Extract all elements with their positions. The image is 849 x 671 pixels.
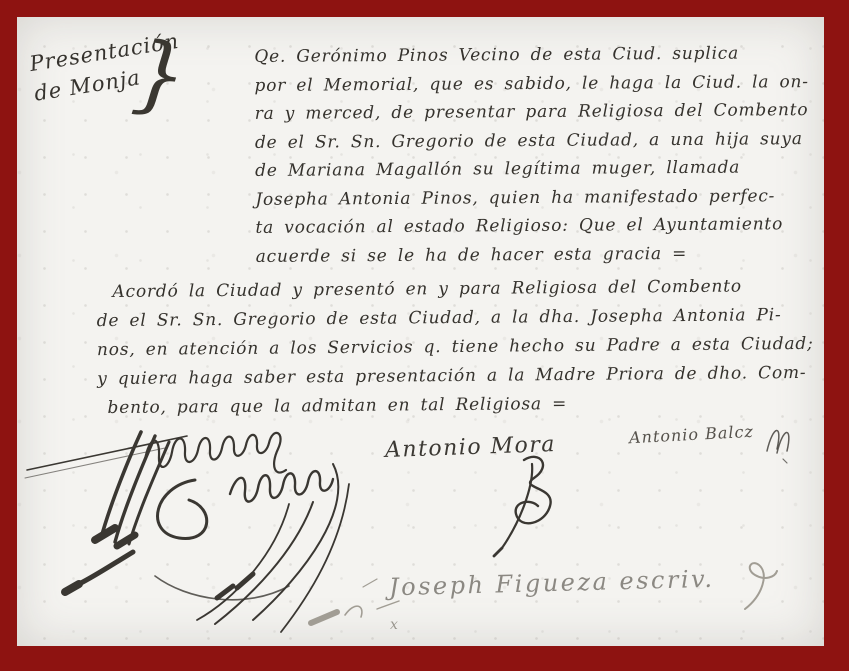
manuscript-line: ra y merced, de presentar para Religiosa… (255, 96, 809, 128)
manuscript-line: Qe. Gerónimo Pinos Vecino de esta Ciud. … (254, 39, 808, 71)
scanned-document: Presentación de Monja } Qe. Gerónimo Pin… (0, 0, 849, 671)
signature-notary: Joseph Figueza escriv. (389, 565, 715, 602)
manuscript-line: Josepha Antonia Pinos, quien ha manifest… (255, 182, 809, 214)
notary-rubric-mark: x (390, 617, 398, 633)
manuscript-line: acuerde si se le ha de hacer esta gracia… (256, 239, 810, 271)
signature-rubric (482, 452, 582, 557)
petition-paragraph: Qe. Gerónimo Pinos Vecino de esta Ciud. … (254, 39, 810, 271)
manuscript-line: de Mariana Magallón su legítima muger, l… (255, 153, 809, 185)
manuscript-line: por el Memorial, que es sabido, le haga … (254, 68, 808, 100)
signature-flourish-right (759, 417, 799, 462)
signature-antonio-balcz: Antonio Balcz (629, 422, 755, 448)
manuscript-line: bento, para que la admitan en tal Religi… (97, 388, 814, 423)
manuscript-page: Presentación de Monja } Qe. Gerónimo Pin… (17, 17, 824, 646)
manuscript-line: ta vocación al estado Religioso: Que el … (255, 210, 809, 242)
notary-end-flourish (735, 559, 780, 619)
margin-brace: } (128, 22, 191, 125)
manuscript-line: de el Sr. Sn. Gregorio de esta Ciudad, a… (255, 125, 809, 157)
resolution-paragraph: Acordó la Ciudad y presentó en y para Re… (96, 272, 814, 423)
